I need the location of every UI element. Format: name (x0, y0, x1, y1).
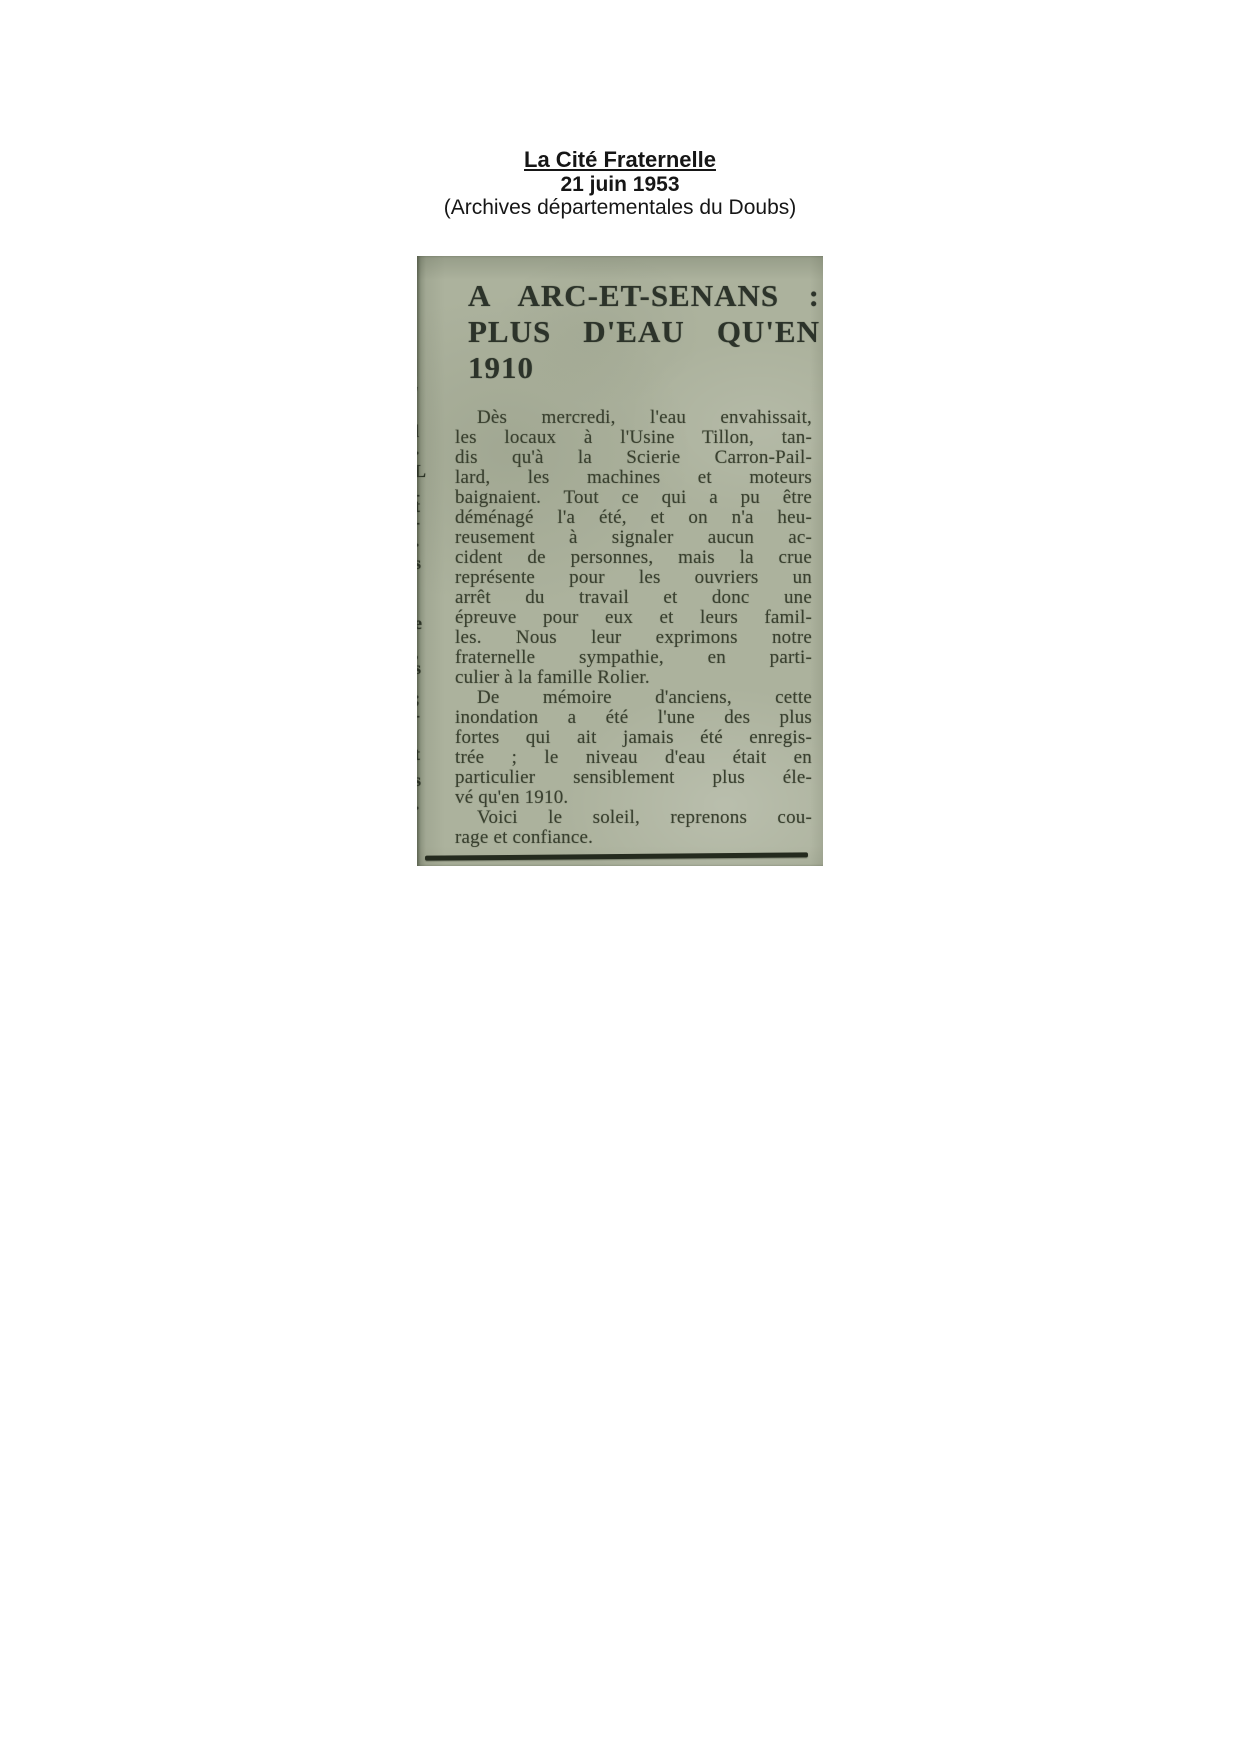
article-line: trée ; le niveau d'eau était en (455, 748, 812, 768)
article-line: fortes qui ait jamais été enregis- (455, 728, 812, 748)
article-line: fraternelle sympathie, en parti- (455, 648, 812, 668)
article-line: reusement à signaler aucun ac- (455, 528, 812, 548)
article-body: Dès mercredi, l'eau envahissait,les loca… (455, 408, 812, 848)
article-line: culier à la famille Rolier. (455, 668, 812, 688)
bottom-rule (425, 852, 808, 860)
article-paragraph: De mémoire d'anciens, cetteinondation a … (455, 688, 812, 808)
publication-title: La Cité Fraternelle (0, 147, 1240, 173)
article-line: les locaux à l'Usine Tillon, tan- (455, 428, 812, 448)
article-line: dis qu'à la Scierie Carron-Pail- (455, 448, 812, 468)
article-line: inondation a été l'une des plus (455, 708, 812, 728)
article-line: épreuve pour eux et leurs famil- (455, 608, 812, 628)
edge-fragment-glyph: ' (417, 383, 419, 404)
article-line: lard, les machines et moteurs (455, 468, 812, 488)
headline-line-2: PLUS D'EAU QU'EN (468, 314, 820, 350)
article-paragraph: Dès mercredi, l'eau envahissait,les loca… (455, 408, 812, 688)
publication-date: 21 juin 1953 (0, 173, 1240, 196)
article-line: rage et confiance. (455, 828, 812, 848)
edge-fragment-glyph: t (417, 744, 420, 765)
article-line: les. Nous leur exprimons notre (455, 628, 812, 648)
headline-line-1: A ARC-ET-SENANS : (468, 278, 820, 314)
edge-fragment-glyph: s (417, 658, 421, 679)
article-paragraph: Voici le soleil, reprenons cou-rage et c… (455, 808, 812, 848)
newspaper-clipping: |'l·L-t-·se,s;-ts· A ARC-ET-SENANS : PLU… (417, 256, 823, 866)
article-headline: A ARC-ET-SENANS : PLUS D'EAU QU'EN 1910 (468, 278, 820, 386)
edge-fragment-glyph: s (417, 553, 421, 574)
headline-line-3: 1910 (468, 350, 820, 386)
edge-fragment-glyph: e (417, 613, 422, 634)
article-line: représente pour les ouvriers un (455, 568, 812, 588)
edge-fragment-glyph: | (417, 356, 418, 377)
edge-fragment-glyph: L (417, 461, 426, 482)
edge-fragment-glyph: · (417, 798, 420, 819)
article-line: Voici le soleil, reprenons cou- (455, 808, 812, 828)
archive-source: (Archives départementales du Doubs) (0, 196, 1240, 219)
article-line: cident de personnes, mais la crue (455, 548, 812, 568)
article-line: De mémoire d'anciens, cette (455, 688, 812, 708)
article-line: déménagé l'a été, et on n'a heu- (455, 508, 812, 528)
article-line: baignaient. Tout ce qui a pu être (455, 488, 812, 508)
article-line: arrêt du travail et donc une (455, 588, 812, 608)
edge-fragment-glyph: l (417, 421, 419, 442)
edge-fragment-glyph: s (417, 770, 421, 791)
article-line: particulier sensiblement plus éle- (455, 768, 812, 788)
article-line: Dès mercredi, l'eau envahissait, (455, 408, 812, 428)
edge-fragment-glyph: - (417, 512, 420, 533)
edge-fragment-glyph: - (417, 705, 420, 726)
torn-edge-fragments: |'l·L-t-·se,s;-ts· (417, 256, 432, 866)
article-line: vé qu'en 1910. (455, 788, 812, 808)
document-header: La Cité Fraternelle 21 juin 1953 (Archiv… (0, 147, 1240, 219)
